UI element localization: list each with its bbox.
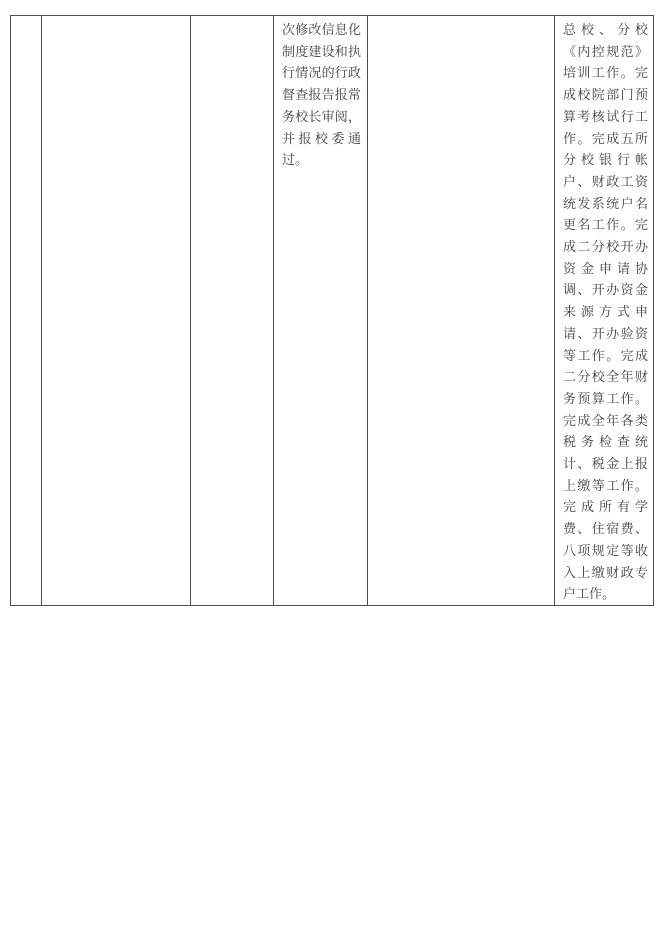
table-cell-5 <box>368 16 555 606</box>
table-cell-4-progress-text: 次修改信息化制度建设和执行情况的行政督查报告报常务校长审阅，并报校委通过。 <box>274 16 368 606</box>
table-row: 次修改信息化制度建设和执行情况的行政督查报告报常务校长审阅，并报校委通过。 总校… <box>11 16 654 606</box>
table-cell-2 <box>42 16 191 606</box>
table-cell-3 <box>191 16 274 606</box>
document-table: 次修改信息化制度建设和执行情况的行政督查报告报常务校长审阅，并报校委通过。 总校… <box>10 15 654 606</box>
table-cell-6-finance-text: 总校、分校《内控规范》培训工作。完成校院部门预算考核试行工作。完成五所分校银行帐… <box>555 16 654 606</box>
document-page: 次修改信息化制度建设和执行情况的行政督查报告报常务校长审阅，并报校委通过。 总校… <box>0 0 662 936</box>
table-cell-1 <box>11 16 42 606</box>
